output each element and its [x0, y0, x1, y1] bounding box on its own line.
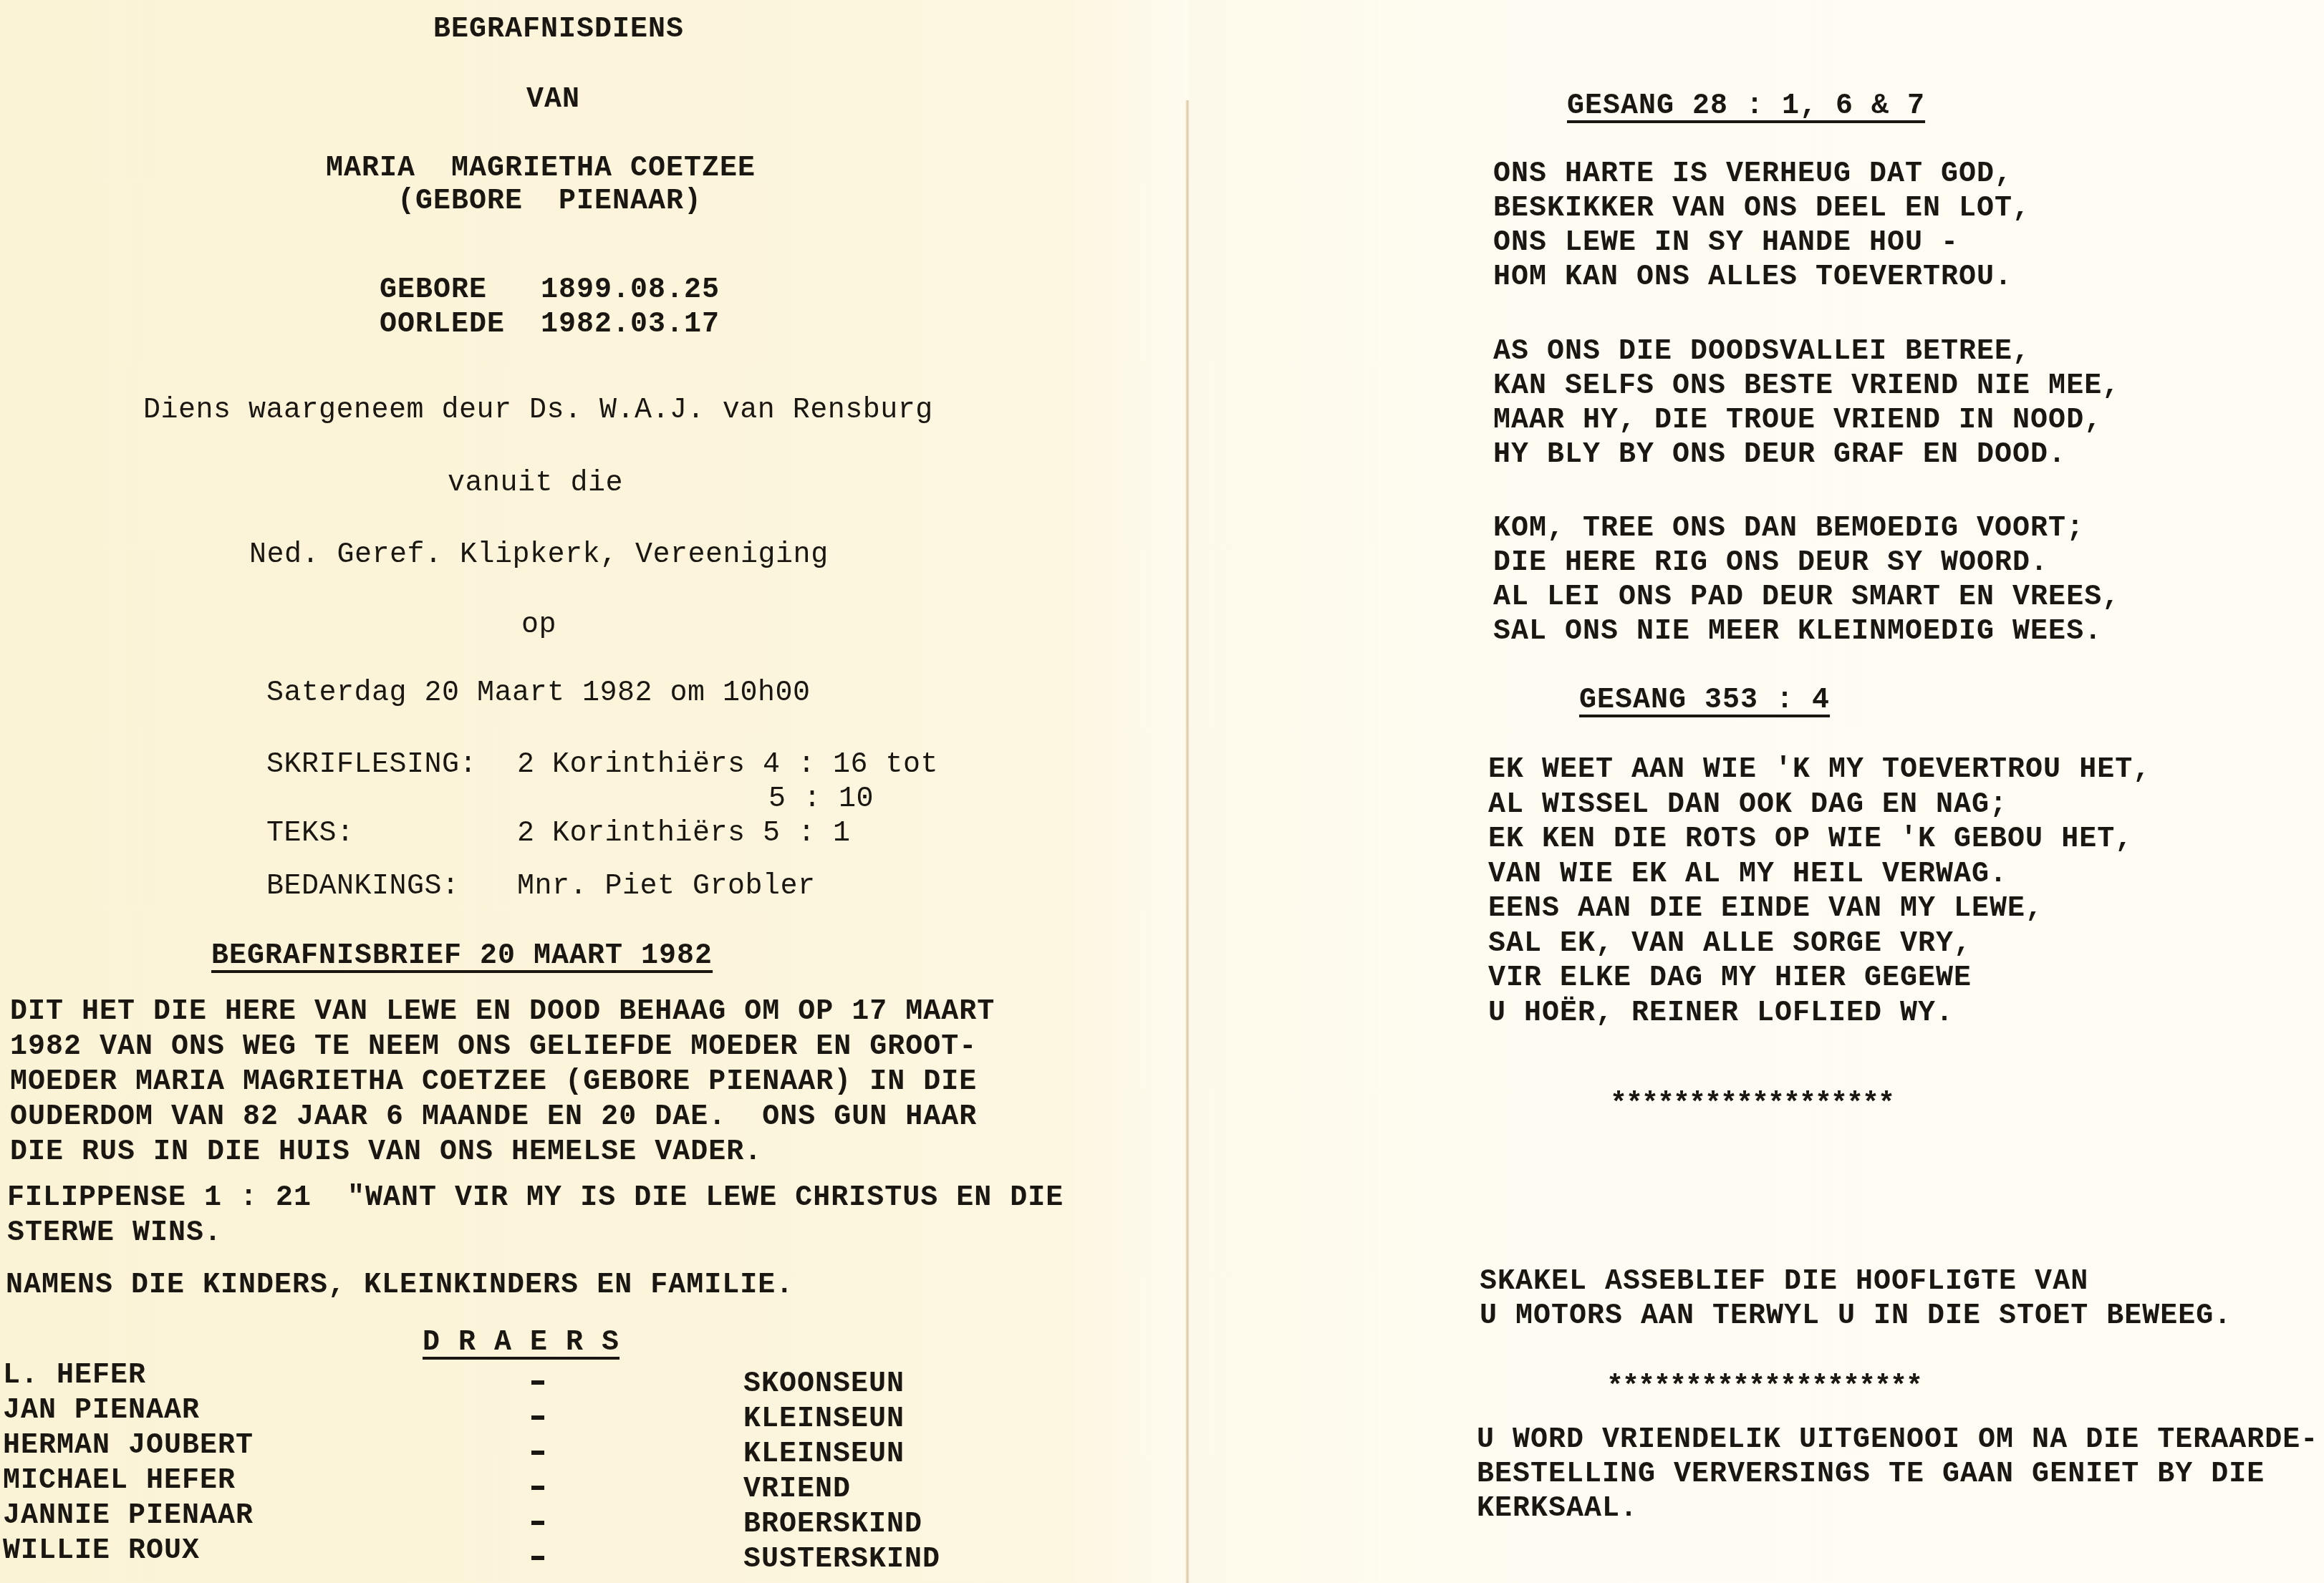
hymn1-line: DIE HERE RIG ONS DEUR SY WOORD. [1493, 546, 2048, 581]
letter-line: MOEDER MARIA MAGRIETHA COETZEE (GEBORE P… [10, 1065, 977, 1100]
maiden-name: (GEBORE PIENAAR) [397, 185, 702, 219]
letter-line: OUDERDOM VAN 82 JAAR 6 MAANDE EN 20 DAE.… [10, 1100, 977, 1135]
bearer-relation: SUSTERSKIND [743, 1543, 940, 1577]
hymn1-line: ONS LEWE IN SY HANDE HOU - [1493, 226, 1959, 261]
dash-separator [531, 1380, 544, 1385]
hymn2-line: EENS AAN DIE EINDE VAN MY LEWE, [1488, 892, 2043, 926]
born-date: 1899.08.25 [541, 273, 720, 308]
text-label: TEKS: [266, 817, 355, 851]
bearer-relation: SKOONSEUN [743, 1367, 905, 1402]
on-behalf: NAMENS DIE KINDERS, KLEINKINDERS EN FAMI… [6, 1269, 794, 1303]
died-date: 1982.03.17 [541, 308, 720, 342]
hymn1-line: KAN SELFS ONS BESTE VRIEND NIE MEE, [1493, 369, 2120, 404]
hymn2-line: VIR ELKE DAG MY HIER GEGEWE [1488, 962, 1972, 996]
thanks-value: Mnr. Piet Grobler [517, 870, 816, 904]
officiant: Diens waargeneem deur Ds. W.A.J. van Ren… [143, 394, 933, 428]
reading-continuation: 5 : 10 [768, 783, 874, 817]
hymn1-line: MAAR HY, DIE TROUE VRIEND IN NOOD, [1493, 404, 2102, 438]
hymn1-line: SAL ONS NIE MEER KLEINMOEDIG WEES. [1493, 615, 2102, 649]
hymn1-line: BESKIKKER VAN ONS DEEL EN LOT, [1493, 192, 2030, 226]
hymn2-line: EK KEN DIE ROTS OP WIE 'K GEBOU HET, [1488, 823, 2133, 857]
hymn1-line: AS ONS DIE DOODSVALLEI BETREE, [1493, 335, 2030, 369]
verse-line: STERWE WINS. [7, 1216, 222, 1251]
text-value: 2 Korinthiërs 5 : 1 [517, 817, 851, 851]
headlights-line: U MOTORS AAN TERWYL U IN DIE STOET BEWEE… [1480, 1299, 2232, 1334]
bearer-name: MICHAEL HEFER [3, 1464, 236, 1499]
separator-2: ******************** [1606, 1371, 1922, 1405]
invitation-line: U WORD VRIENDELIK UITGENOOI OM NA DIE TE… [1477, 1423, 2318, 1458]
bearer-relation: KLEINSEUN [743, 1403, 905, 1437]
van-label: VAN [526, 83, 580, 117]
hymn1-line: ONS HARTE IS VERHEUG DAT GOD, [1493, 158, 2012, 192]
hymn1-line: HY BLY BY ONS DEUR GRAF EN DOOD. [1493, 438, 2066, 473]
hymn2-line: U HOËR, REINER LOFLIED WY. [1488, 997, 1954, 1031]
service-title: BEGRAFNISDIENS [433, 13, 684, 47]
reading-label: SKRIFLESING: [266, 748, 477, 783]
church-name: Ned. Geref. Klipkerk, Vereeniging [249, 538, 829, 573]
from-label: vanuit die [448, 467, 623, 501]
born-label: GEBORE [380, 273, 487, 308]
thanks-label: BEDANKINGS: [266, 870, 460, 904]
page-fold [1185, 100, 1190, 1583]
bearer-relation: KLEINSEUN [743, 1438, 905, 1472]
dash-separator [531, 1415, 544, 1420]
reading-value: 2 Korinthiërs 4 : 16 tot [517, 748, 938, 783]
letter-line: DIT HET DIE HERE VAN LEWE EN DOOD BEHAAG… [10, 995, 995, 1030]
hymn2-line: EK WEET AAN WIE 'K MY TOEVERTROU HET, [1488, 753, 2151, 788]
bearer-name: L. HEFER [3, 1359, 146, 1393]
bearers-heading: D R A E R S [423, 1326, 619, 1360]
dash-separator [531, 1486, 544, 1490]
hymn1-title: GESANG 28 : 1, 6 & 7 [1567, 89, 1925, 124]
hymn1-line: KOM, TREE ONS DAN BEMOEDIG VOORT; [1493, 512, 2084, 546]
letter-line: DIE RUS IN DIE HUIS VAN ONS HEMELSE VADE… [10, 1136, 762, 1170]
invitation-line: BESTELLING VERVERSINGS TE GAAN GENIET BY… [1477, 1458, 2265, 1492]
deceased-name: MARIA MAGRIETHA COETZEE [326, 152, 756, 186]
bearer-relation: BROERSKIND [743, 1508, 922, 1542]
bearer-name: JAN PIENAAR [3, 1394, 200, 1428]
verse-line: FILIPPENSE 1 : 21 "WANT VIR MY IS DIE LE… [7, 1181, 1064, 1216]
bearer-name: JANNIE PIENAAR [3, 1499, 254, 1534]
hymn2-title: GESANG 353 : 4 [1579, 684, 1830, 718]
letter-heading: BEGRAFNISBRIEF 20 MAART 1982 [211, 939, 713, 974]
hymn2-line: SAL EK, VAN ALLE SORGE VRY, [1488, 927, 1972, 962]
bearer-name: WILLIE ROUX [3, 1534, 200, 1569]
service-datetime: Saterdag 20 Maart 1982 om 10h00 [266, 677, 811, 711]
invitation-line: KERKSAAL. [1477, 1492, 1638, 1526]
hymn1-line: AL LEI ONS PAD DEUR SMART EN VREES, [1493, 581, 2120, 615]
died-label: OORLEDE [380, 308, 505, 342]
dash-separator [531, 1521, 544, 1525]
hymn2-line: AL WISSEL DAN OOK DAG EN NAG; [1488, 788, 2007, 823]
headlights-line: SKAKEL ASSEBLIEF DIE HOOFLIGTE VAN [1480, 1265, 2088, 1299]
bearer-name: HERMAN JOUBERT [3, 1429, 254, 1463]
hymn1-line: HOM KAN ONS ALLES TOEVERTROU. [1493, 261, 2012, 295]
bearer-relation: VRIEND [743, 1473, 851, 1507]
separator-1: ****************** [1610, 1088, 1894, 1123]
on-label: op [521, 609, 556, 643]
dash-separator [531, 1451, 544, 1455]
letter-line: 1982 VAN ONS WEG TE NEEM ONS GELIEFDE MO… [10, 1030, 977, 1065]
dash-separator [531, 1556, 544, 1560]
hymn2-line: VAN WIE EK AL MY HEIL VERWAG. [1488, 858, 2007, 892]
